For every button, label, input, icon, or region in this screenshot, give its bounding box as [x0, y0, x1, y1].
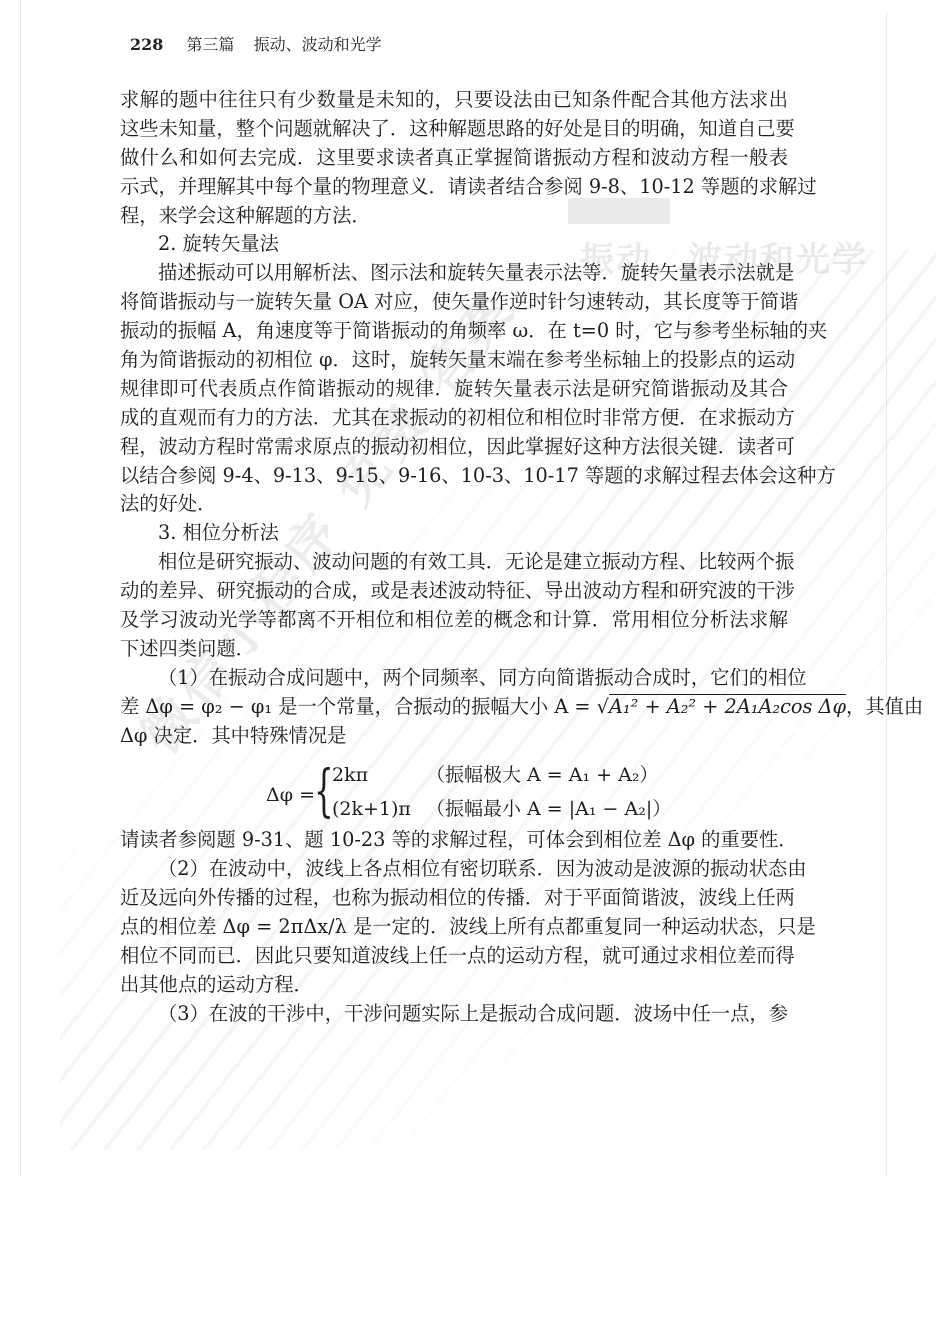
- text-line: 规律即可代表质点作简谐振动的规律．旋转矢量表示法是研究简谐振动及其合: [120, 375, 788, 404]
- paragraph-3: 相位是研究振动、波动问题的有效工具．无论是建立振动方程、比较两个振 动的差异、研…: [120, 548, 788, 664]
- case-1-note: （振幅极大 A = A₁ + A₂）: [426, 764, 658, 786]
- paragraph-1: 求解的题中往往只有少数量是未知的，只要设法由已知条件配合其他方法求出 这些未知量…: [120, 86, 788, 230]
- text-line: 以结合参阅 9-4、9-13、9-15、9-16、10-3、10-17 等题的求…: [120, 462, 788, 491]
- text-line: 法的好处．: [120, 490, 788, 519]
- page-edge-right: [886, 12, 887, 1176]
- text-line: 下述四类问题．: [120, 635, 788, 664]
- paragraph-2: 描述振动可以用解析法、图示法和旋转矢量表示法等．旋转矢量表示法就是 将简谐振动与…: [120, 259, 788, 519]
- formula-prefix: 差 Δφ = φ₂ − φ₁ 是一个常量，合振动的振幅大小 A =: [120, 695, 597, 718]
- text-line: 相位不同而已．因此只要知道波线上任一点的运动方程，就可通过求相位差而得: [120, 942, 788, 971]
- text-line: 求解的题中往往只有少数量是未知的，只要设法由已知条件配合其他方法求出: [120, 86, 788, 115]
- case-2-value: (2k+1)π: [332, 798, 411, 820]
- text-line: （3）在波的干涉中，干涉问题实际上是振动合成问题．波场中任一点，参: [120, 1000, 788, 1029]
- list-item-1: （1）在振动合成问题中，两个同频率、同方向简谐振动合成时，它们的相位 差 Δφ …: [120, 664, 788, 751]
- text-line: 及学习波动光学等都离不开相位和相位差的概念和计算．常用相位分析法求解: [120, 606, 788, 635]
- sqrt-sign-icon: √: [597, 695, 609, 718]
- sqrt-expression: √A₁² + A₂² + 2A₁A₂cos Δφ: [597, 693, 846, 722]
- text-line: 程，波动方程时常需求原点的振动初相位，因此掌握好这种方法很关键．读者可: [120, 433, 788, 462]
- text-line: 示式，并理解其中每个量的物理意义．请读者结合参阅 9-8、10-12 等题的求解…: [120, 173, 788, 202]
- text-line: 做什么和如何去完成．这里要求读者真正掌握简谐振动方程和波动方程一般表: [120, 144, 788, 173]
- piecewise-formula: Δφ = { 2kπ （振幅极大 A = A₁ + A₂） (2k+1)π （振…: [120, 764, 788, 822]
- part-title: 振动、波动和光学: [254, 35, 382, 54]
- formula-suffix: ，其值由: [846, 695, 923, 718]
- list-item-2: （2）在波动中，波线上各点相位有密切联系．因为波动是波源的振动状态由 近及远向外…: [120, 855, 788, 999]
- case-1-value: 2kπ: [332, 764, 368, 786]
- text-line: Δφ 决定．其中特殊情况是: [120, 722, 788, 751]
- text-line: 角为简谐振动的初相位 φ．这时，旋转矢量末端在参考坐标轴上的投影点的运动: [120, 346, 788, 375]
- text-line: 相位是研究振动、波动问题的有效工具．无论是建立振动方程、比较两个振: [120, 548, 788, 577]
- text-line: 近及远向外传播的过程，也称为振动相位的传播．对于平面简谐波，波线上任两: [120, 884, 788, 913]
- text-line: 出其他点的运动方程．: [120, 971, 788, 1000]
- text-line: 点的相位差 Δφ = 2πΔx/λ 是一定的．波线上所有点都重复同一种运动状态，…: [120, 913, 788, 942]
- text-line: （1）在振动合成问题中，两个同频率、同方向简谐振动合成时，它们的相位: [120, 664, 788, 693]
- text-line: 动的差异、研究振动的合成，或是表述波动特征、导出波动方程和研究波的干涉: [120, 577, 788, 606]
- formula-lhs: Δφ =: [266, 781, 315, 810]
- page-edge-left: [20, 0, 21, 1176]
- section-heading-rotating-vector: 2. 旋转矢量法: [120, 230, 788, 259]
- part-label: 第三篇: [187, 35, 235, 54]
- text-line: 成的直观而有力的方法．尤其在求振动的初相位和相位时非常方便．在求振动方: [120, 404, 788, 433]
- text-line: （2）在波动中，波线上各点相位有密切联系．因为波动是波源的振动状态由: [120, 855, 788, 884]
- text-line: 这些未知量，整个问题就解决了．这种解题思路的好处是目的明确，知道自己要: [120, 115, 788, 144]
- case-2-note: （振幅最小 A = |A₁ − A₂|）: [426, 798, 671, 820]
- text-line: 程，来学会这种解题的方法．: [120, 202, 788, 231]
- text-line: 振动的振幅 A，角速度等于简谐振动的角频率 ω．在 t=0 时，它与参考坐标轴的…: [120, 317, 788, 346]
- body-text: 求解的题中往往只有少数量是未知的，只要设法由已知条件配合其他方法求出 这些未知量…: [120, 86, 788, 1029]
- left-brace-icon: {: [314, 764, 334, 820]
- text-line: 将简谐振动与一旋转矢量 OA 对应，使矢量作逆时针匀速转动，其长度等于简谐: [120, 288, 788, 317]
- sqrt-radicand: A₁² + A₂² + 2A₁A₂cos Δφ: [609, 694, 846, 718]
- list-item-3: （3）在波的干涉中，干涉问题实际上是振动合成问题．波场中任一点，参: [120, 1000, 788, 1029]
- text-line: 请读者参阅题 9-31、题 10-23 等的求解过程，可体会到相位差 Δφ 的重…: [120, 826, 788, 855]
- page-number: 228: [130, 35, 163, 54]
- text-line: 描述振动可以用解析法、图示法和旋转矢量表示法等．旋转矢量表示法就是: [120, 259, 788, 288]
- text-line-with-formula: 差 Δφ = φ₂ − φ₁ 是一个常量，合振动的振幅大小 A = √A₁² +…: [120, 693, 788, 722]
- running-head: 228 第三篇 振动、波动和光学: [130, 34, 382, 56]
- section-heading-phase-analysis: 3. 相位分析法: [120, 519, 788, 548]
